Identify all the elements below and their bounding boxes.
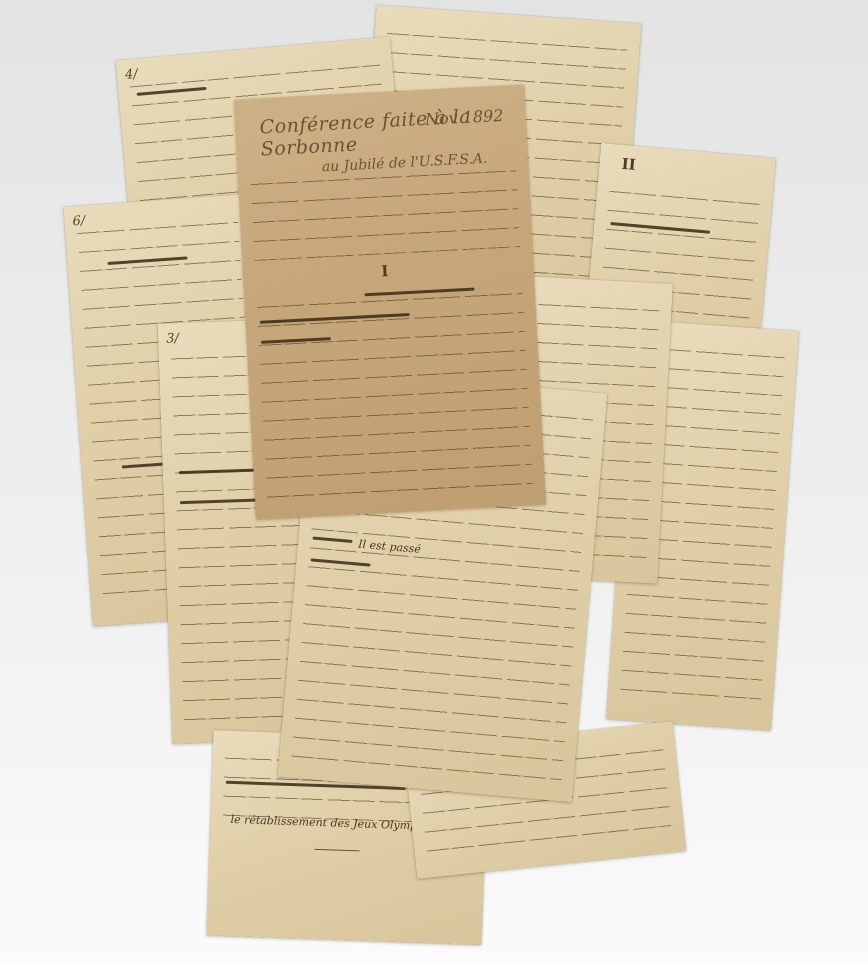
section-heading: II (621, 155, 637, 174)
handwriting-lines (250, 157, 520, 261)
manuscript-photo: 4/ II 6/ 3/ le rétablissement des Jeux O… (0, 0, 868, 965)
closing-rule (315, 849, 360, 852)
manuscript-cover-sheet: Conférence faite à la Sorbonne au Jubilé… (234, 85, 546, 520)
section-heading: I (381, 262, 389, 280)
